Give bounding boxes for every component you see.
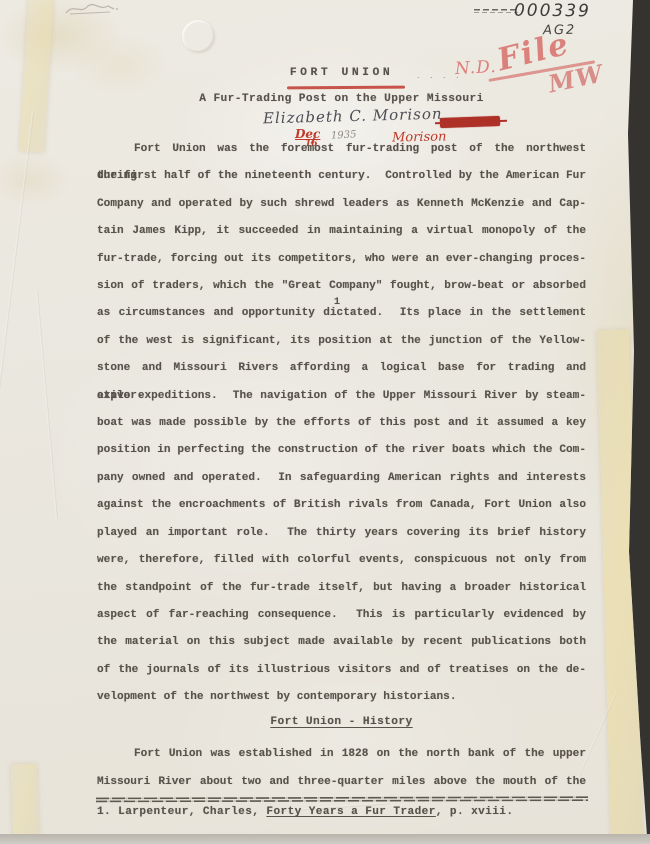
document-title: FORT UNION bbox=[290, 67, 393, 79]
section-heading: Fort Union - History bbox=[97, 716, 586, 728]
tape-strip-right-edge bbox=[597, 330, 643, 844]
typed-line: pany owned and operated. In safeguarding… bbox=[97, 465, 586, 492]
paper-crease bbox=[0, 111, 34, 439]
typed-line: Company and operated by such shrewd lead… bbox=[97, 191, 586, 218]
pencil-scribble-mark bbox=[62, 0, 124, 25]
tape-strip-bottom-left bbox=[11, 764, 40, 839]
typed-line: sion of traders, which the "Great Compan… bbox=[97, 273, 586, 300]
tape-strip-top-left bbox=[19, 0, 54, 153]
scanned-paper-sheet: 000339 AG2 File MW FORT UNION . . . . N.… bbox=[0, 0, 650, 836]
typed-line: Fort Union was the foremost fur-trading … bbox=[97, 136, 586, 163]
typed-line: the material on this subject made availa… bbox=[97, 629, 586, 656]
red-underline-mark bbox=[287, 86, 405, 89]
typed-line: Missouri River about two and three-quart… bbox=[97, 769, 586, 797]
typed-line: fur-trade, forcing out its competitors, … bbox=[97, 246, 586, 273]
typed-line: Fort Union was established in 1828 on th… bbox=[97, 741, 586, 769]
footnote: 1. Larpenteur, Charles, Forty Years a Fu… bbox=[97, 806, 513, 818]
typed-line: boat was made possible by the efforts of… bbox=[97, 410, 586, 437]
typed-line: the first half of the nineteenth century… bbox=[97, 163, 586, 190]
scan-bottom-edge bbox=[0, 834, 650, 844]
title-area: FORT UNION . . . . N.D. bbox=[97, 62, 586, 80]
footnote-prefix: 1. Larpenteur, Charles, bbox=[97, 806, 266, 818]
footnote-suffix: , p. xviii. bbox=[436, 806, 514, 818]
embossed-seal-mark bbox=[182, 20, 214, 52]
typed-line: played an important role. The thirty yea… bbox=[97, 520, 586, 547]
typed-line: velopment of the northwest by contempora… bbox=[97, 684, 586, 711]
nd-annotation: N.D. bbox=[455, 57, 498, 79]
red-redaction-mark bbox=[440, 116, 500, 128]
footnote-separator bbox=[96, 796, 588, 802]
handwritten-signature: Elizabeth C. Morison bbox=[263, 105, 443, 128]
typed-line: ative expeditions. The navigation of the… bbox=[97, 383, 586, 410]
typed-line: as circumstances and opportunity dictate… bbox=[97, 300, 586, 327]
typed-line: of the west is significant, its position… bbox=[97, 328, 586, 355]
footnote-book-title: Forty Years a Fur Trader bbox=[266, 806, 435, 818]
body-paragraph: Fort Union was the foremost fur-trading … bbox=[97, 136, 586, 712]
document-subtitle: A Fur-Trading Post on the Upper Missouri bbox=[97, 93, 586, 105]
typed-line: of the journals of its illustrious visit… bbox=[97, 657, 586, 684]
typed-line: tain James Kipp, it succeeded in maintai… bbox=[97, 218, 586, 245]
typed-line: against the encroachments of British riv… bbox=[97, 492, 586, 519]
typed-line: the standpoint of the fur-trade itself, … bbox=[97, 575, 586, 602]
pencil-strikethrough-mark bbox=[474, 9, 518, 13]
archive-number: 000339 bbox=[514, 1, 591, 22]
footnote-reference: 1 bbox=[334, 297, 340, 308]
paper-crease bbox=[36, 290, 58, 519]
typed-line: aspect of far-reaching consequence. This… bbox=[97, 602, 586, 629]
typed-line: stone and Missouri Rivers affording a lo… bbox=[97, 355, 586, 382]
section-paragraph: Fort Union was established in 1828 on th… bbox=[97, 741, 586, 797]
typed-line: position in perfecting the construction … bbox=[97, 437, 586, 464]
typed-line: were, therefore, filled with colorful ev… bbox=[97, 547, 586, 574]
